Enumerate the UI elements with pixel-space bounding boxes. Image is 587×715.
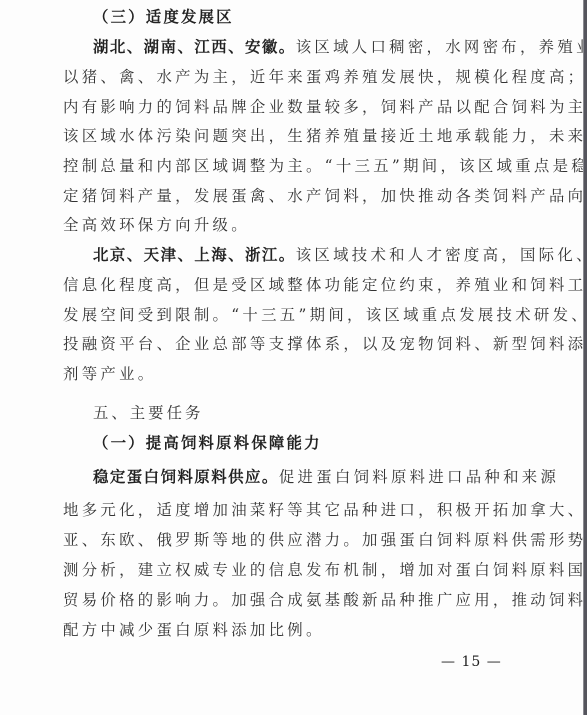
paragraph-text: 促进蛋白饲料原料进口品种和来源: [279, 468, 559, 486]
paragraph-line: 内有影响力的饲料品牌企业数量较多，饲料产品以配合饲料为主。: [63, 92, 536, 122]
paragraph-lead-regions: 北京、天津、上海、浙江。: [93, 246, 296, 264]
paragraph-line: 地多元化，适度增加油菜籽等其它品种进口，积极开拓加拿大、南: [63, 495, 536, 525]
paragraph-line: 以猪、禽、水产为主，近年来蛋鸡养殖发展快，规模化程度高；区域: [63, 62, 536, 92]
paragraph-hubei-first-line: 湖北、湖南、江西、安徽。该区域人口稠密，水网密布，养殖业: [93, 32, 536, 62]
paragraph-line: 全高效环保方向升级。: [63, 210, 250, 240]
paragraph-lead-topic: 稳定蛋白饲料原料供应。: [93, 468, 279, 486]
paragraph-line: 亚、东欧、俄罗斯等地的供应潜力。加强蛋白饲料原料供需形势监: [63, 525, 536, 555]
document-page: （三）适度发展区 湖北、湖南、江西、安徽。该区域人口稠密，水网密布，养殖业 以猪…: [0, 0, 583, 715]
chapter-heading-main-tasks: 五、主要任务: [93, 398, 203, 428]
paragraph-line: 投融资平台、企业总部等支撑体系，以及宠物饲料、新型饲料添加: [63, 329, 536, 359]
section-heading-moderate-development-zone: （三）适度发展区: [93, 2, 234, 32]
paragraph-line: 配方中减少蛋白原料添加比例。: [63, 615, 325, 645]
paragraph-line: 信息化程度高，但是受区域整体功能定位约束，养殖业和饲料工业: [63, 270, 536, 300]
paragraph-line: 发展空间受到限制。“十三五”期间，该区域重点发展技术研发、: [63, 300, 536, 330]
paragraph-text: 该区域技术和人才密度高，国际化、: [296, 246, 587, 264]
paragraph-line: 控制总量和内部区域调整为主。“十三五”期间，该区域重点是稳: [63, 151, 536, 181]
page-number: — 15 —: [441, 654, 502, 670]
paragraph-line: 测分析，建立权威专业的信息发布机制，增加对蛋白饲料原料国际: [63, 555, 536, 585]
paragraph-line: 剂等产业。: [63, 359, 156, 389]
page-edge-border: [583, 0, 587, 715]
paragraph-line: 该区域水体污染问题突出，生猪养殖量接近土地承载能力，未来以: [63, 121, 536, 151]
section-heading-feed-material-security: （一）提高饲料原料保障能力: [93, 428, 322, 458]
paragraph-text: 该区域人口稠密，水网密布，养殖业: [296, 38, 587, 56]
paragraph-beijing-first-line: 北京、天津、上海、浙江。该区域技术和人才密度高，国际化、: [93, 240, 536, 270]
paragraph-line: 贸易价格的影响力。加强合成氨基酸新品种推广应用，推动饲料: [63, 585, 536, 615]
paragraph-line: 定猪饲料产量，发展蛋禽、水产饲料，加快推动各类饲料产品向安: [63, 181, 536, 211]
paragraph-lead-regions: 湖北、湖南、江西、安徽。: [93, 38, 296, 56]
paragraph-protein-first-line: 稳定蛋白饲料原料供应。促进蛋白饲料原料进口品种和来源: [93, 462, 536, 492]
